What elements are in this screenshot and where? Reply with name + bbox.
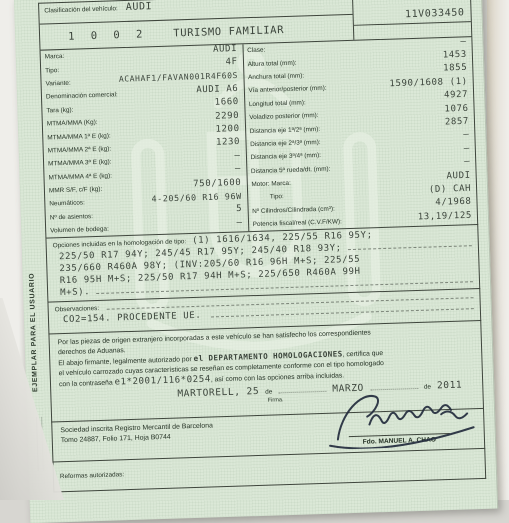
classification-code: 1 0 0 2 (68, 28, 148, 42)
approval-number: 11V033450 (405, 7, 465, 20)
classification-value: AUDI (126, 1, 153, 13)
place-value: MARTORELL, (177, 387, 241, 400)
spec-column-left: Marca:AUDI Tipo:4F Variante:ACAHAF1/FAVA… (41, 44, 249, 238)
dotted-filler (278, 386, 326, 394)
spec-column-right: Clase:— Altura total (mm):1453 Anchura t… (243, 37, 477, 232)
reforms-label: Reformas autorizadas: (60, 472, 124, 481)
approval-number-box: 11V033450 (353, 0, 471, 26)
options-label: Opciones incluidas en la homologación de… (53, 239, 187, 250)
observations-label: Observaciones: (55, 305, 100, 313)
vehicle-homologation-card: EJEMPLAR PARA EL USUARIO Clasificación d… (14, 0, 498, 500)
classification-label: Clasificación del vehículo: (44, 5, 118, 14)
body-type-value: TURISMO FAMILIAR (173, 24, 284, 39)
handwritten-signature (322, 383, 492, 450)
specifications-table: Marca:AUDI Tipo:4F Variante:ACAHAF1/FAVA… (40, 37, 479, 239)
copy-type-vertical-label: EJEMPLAR PARA EL USUARIO (29, 273, 40, 392)
day-value: 25 (246, 386, 259, 397)
